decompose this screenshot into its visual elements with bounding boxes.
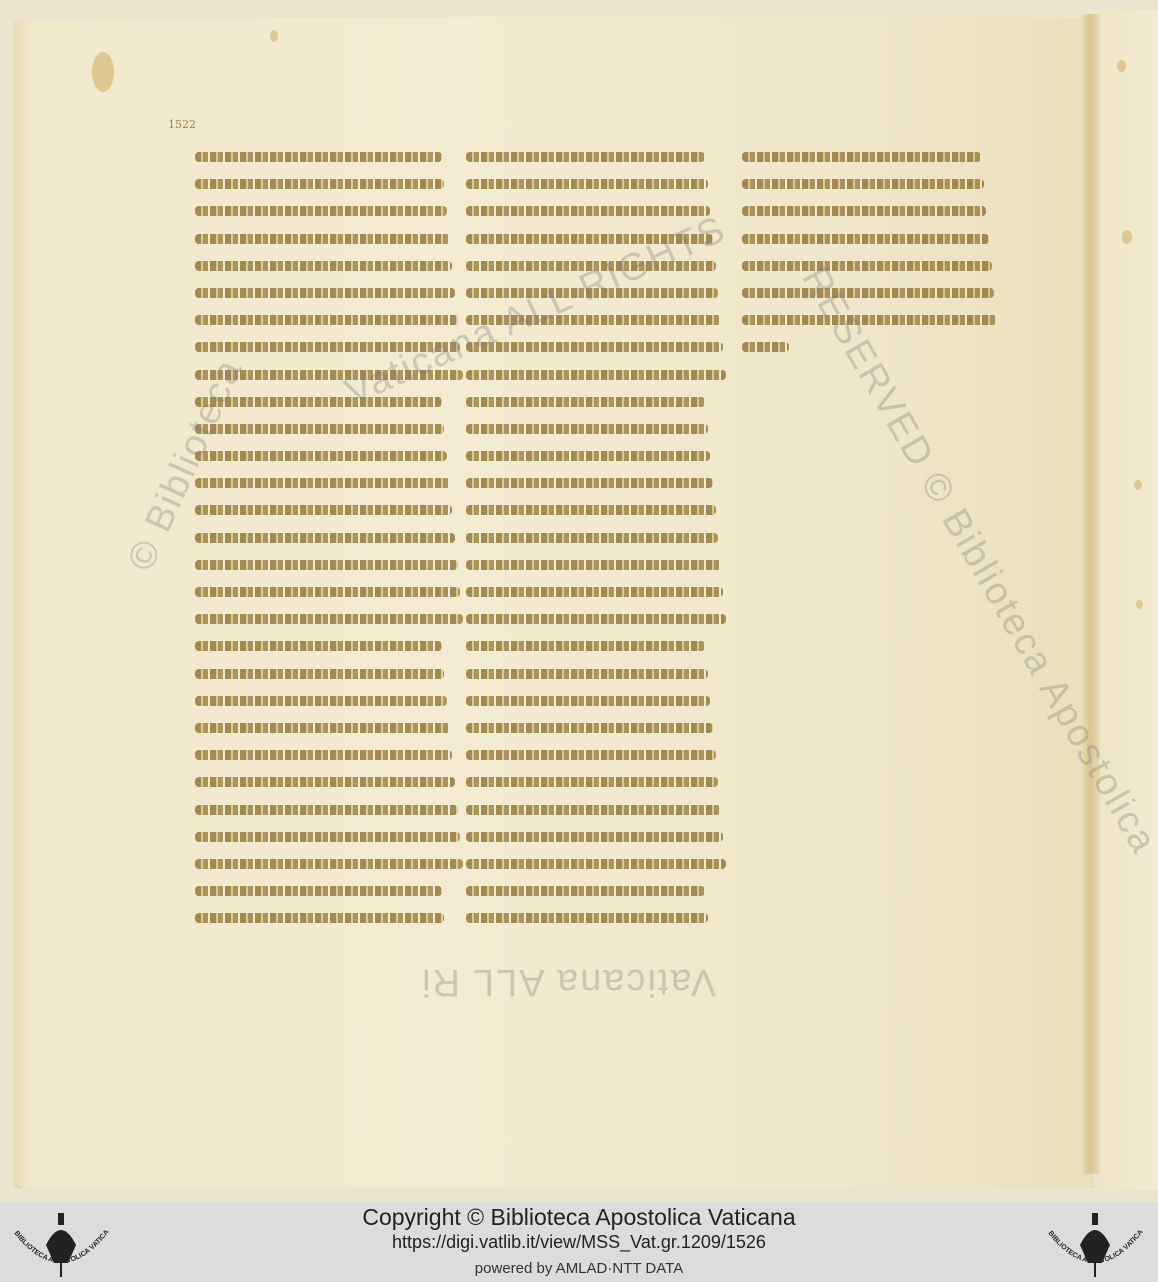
watermark-bottom: Vaticana ALL Ri bbox=[420, 960, 716, 1003]
folio-number: 1522 bbox=[168, 118, 196, 131]
manuscript-line bbox=[195, 886, 442, 896]
manuscript-line bbox=[466, 913, 708, 923]
stain bbox=[1117, 60, 1126, 72]
manuscript-line bbox=[195, 288, 455, 298]
manuscript-line bbox=[742, 206, 986, 216]
manuscript-line bbox=[195, 261, 452, 271]
manuscript-line bbox=[742, 152, 981, 162]
binding-gutter bbox=[1082, 14, 1100, 1174]
manuscript-line bbox=[466, 696, 710, 706]
manuscript-line bbox=[195, 805, 458, 815]
stain bbox=[1122, 230, 1132, 244]
permalink[interactable]: https://digi.vatlib.it/view/MSS_Vat.gr.1… bbox=[0, 1232, 1158, 1253]
manuscript-scan: 1522 © Biblioteca Vaticana ALL RIGHTS RE… bbox=[0, 0, 1158, 1202]
manuscript-line bbox=[466, 832, 723, 842]
manuscript-line bbox=[466, 587, 723, 597]
powered-by: powered by AMLAD·NTT DATA bbox=[0, 1260, 1158, 1277]
manuscript-line bbox=[466, 478, 713, 488]
text-column-1 bbox=[195, 152, 463, 940]
manuscript-line bbox=[466, 424, 708, 434]
manuscript-line bbox=[195, 587, 460, 597]
manuscript-line bbox=[466, 723, 713, 733]
manuscript-line bbox=[466, 750, 716, 760]
manuscript-line bbox=[466, 179, 708, 189]
manuscript-line bbox=[742, 315, 997, 325]
manuscript-line bbox=[195, 315, 458, 325]
manuscript-line bbox=[466, 777, 718, 787]
manuscript-line bbox=[466, 560, 721, 570]
manuscript-line bbox=[195, 832, 460, 842]
manuscript-line bbox=[195, 696, 447, 706]
manuscript-line bbox=[466, 533, 718, 543]
manuscript-line bbox=[195, 451, 447, 461]
manuscript-line bbox=[466, 641, 705, 651]
manuscript-line bbox=[195, 913, 444, 923]
manuscript-line bbox=[195, 234, 450, 244]
manuscript-line bbox=[195, 560, 458, 570]
manuscript-line bbox=[466, 886, 705, 896]
manuscript-line bbox=[466, 669, 708, 679]
manuscript-line bbox=[466, 805, 721, 815]
stain bbox=[92, 52, 114, 92]
manuscript-line bbox=[466, 505, 716, 515]
manuscript-line bbox=[742, 179, 984, 189]
manuscript-line bbox=[195, 723, 450, 733]
manuscript-line bbox=[195, 152, 442, 162]
manuscript-line bbox=[195, 478, 450, 488]
manuscript-line bbox=[195, 206, 447, 216]
manuscript-line bbox=[195, 533, 455, 543]
manuscript-line bbox=[195, 505, 452, 515]
manuscript-line bbox=[742, 288, 994, 298]
manuscript-line bbox=[742, 234, 989, 244]
manuscript-line bbox=[466, 614, 726, 624]
manuscript-line bbox=[195, 777, 455, 787]
manuscript-line bbox=[195, 750, 452, 760]
copyright-text: Copyright © Biblioteca Apostolica Vatica… bbox=[0, 1204, 1158, 1231]
manuscript-line bbox=[195, 641, 442, 651]
stain bbox=[1134, 480, 1142, 490]
manuscript-line bbox=[195, 424, 444, 434]
manuscript-line bbox=[466, 451, 710, 461]
facing-leaf-edge bbox=[1100, 10, 1158, 1190]
stain bbox=[270, 30, 278, 42]
manuscript-line bbox=[195, 669, 444, 679]
manuscript-line bbox=[466, 152, 705, 162]
manuscript-line bbox=[195, 179, 444, 189]
manuscript-line bbox=[742, 261, 992, 271]
manuscript-line bbox=[466, 370, 726, 380]
manuscript-line bbox=[466, 397, 705, 407]
manuscript-line bbox=[195, 614, 463, 624]
manuscript-line bbox=[742, 342, 789, 352]
stain bbox=[1136, 600, 1143, 609]
manuscript-line bbox=[466, 859, 726, 869]
manuscript-line bbox=[466, 206, 710, 216]
manuscript-line bbox=[195, 859, 463, 869]
